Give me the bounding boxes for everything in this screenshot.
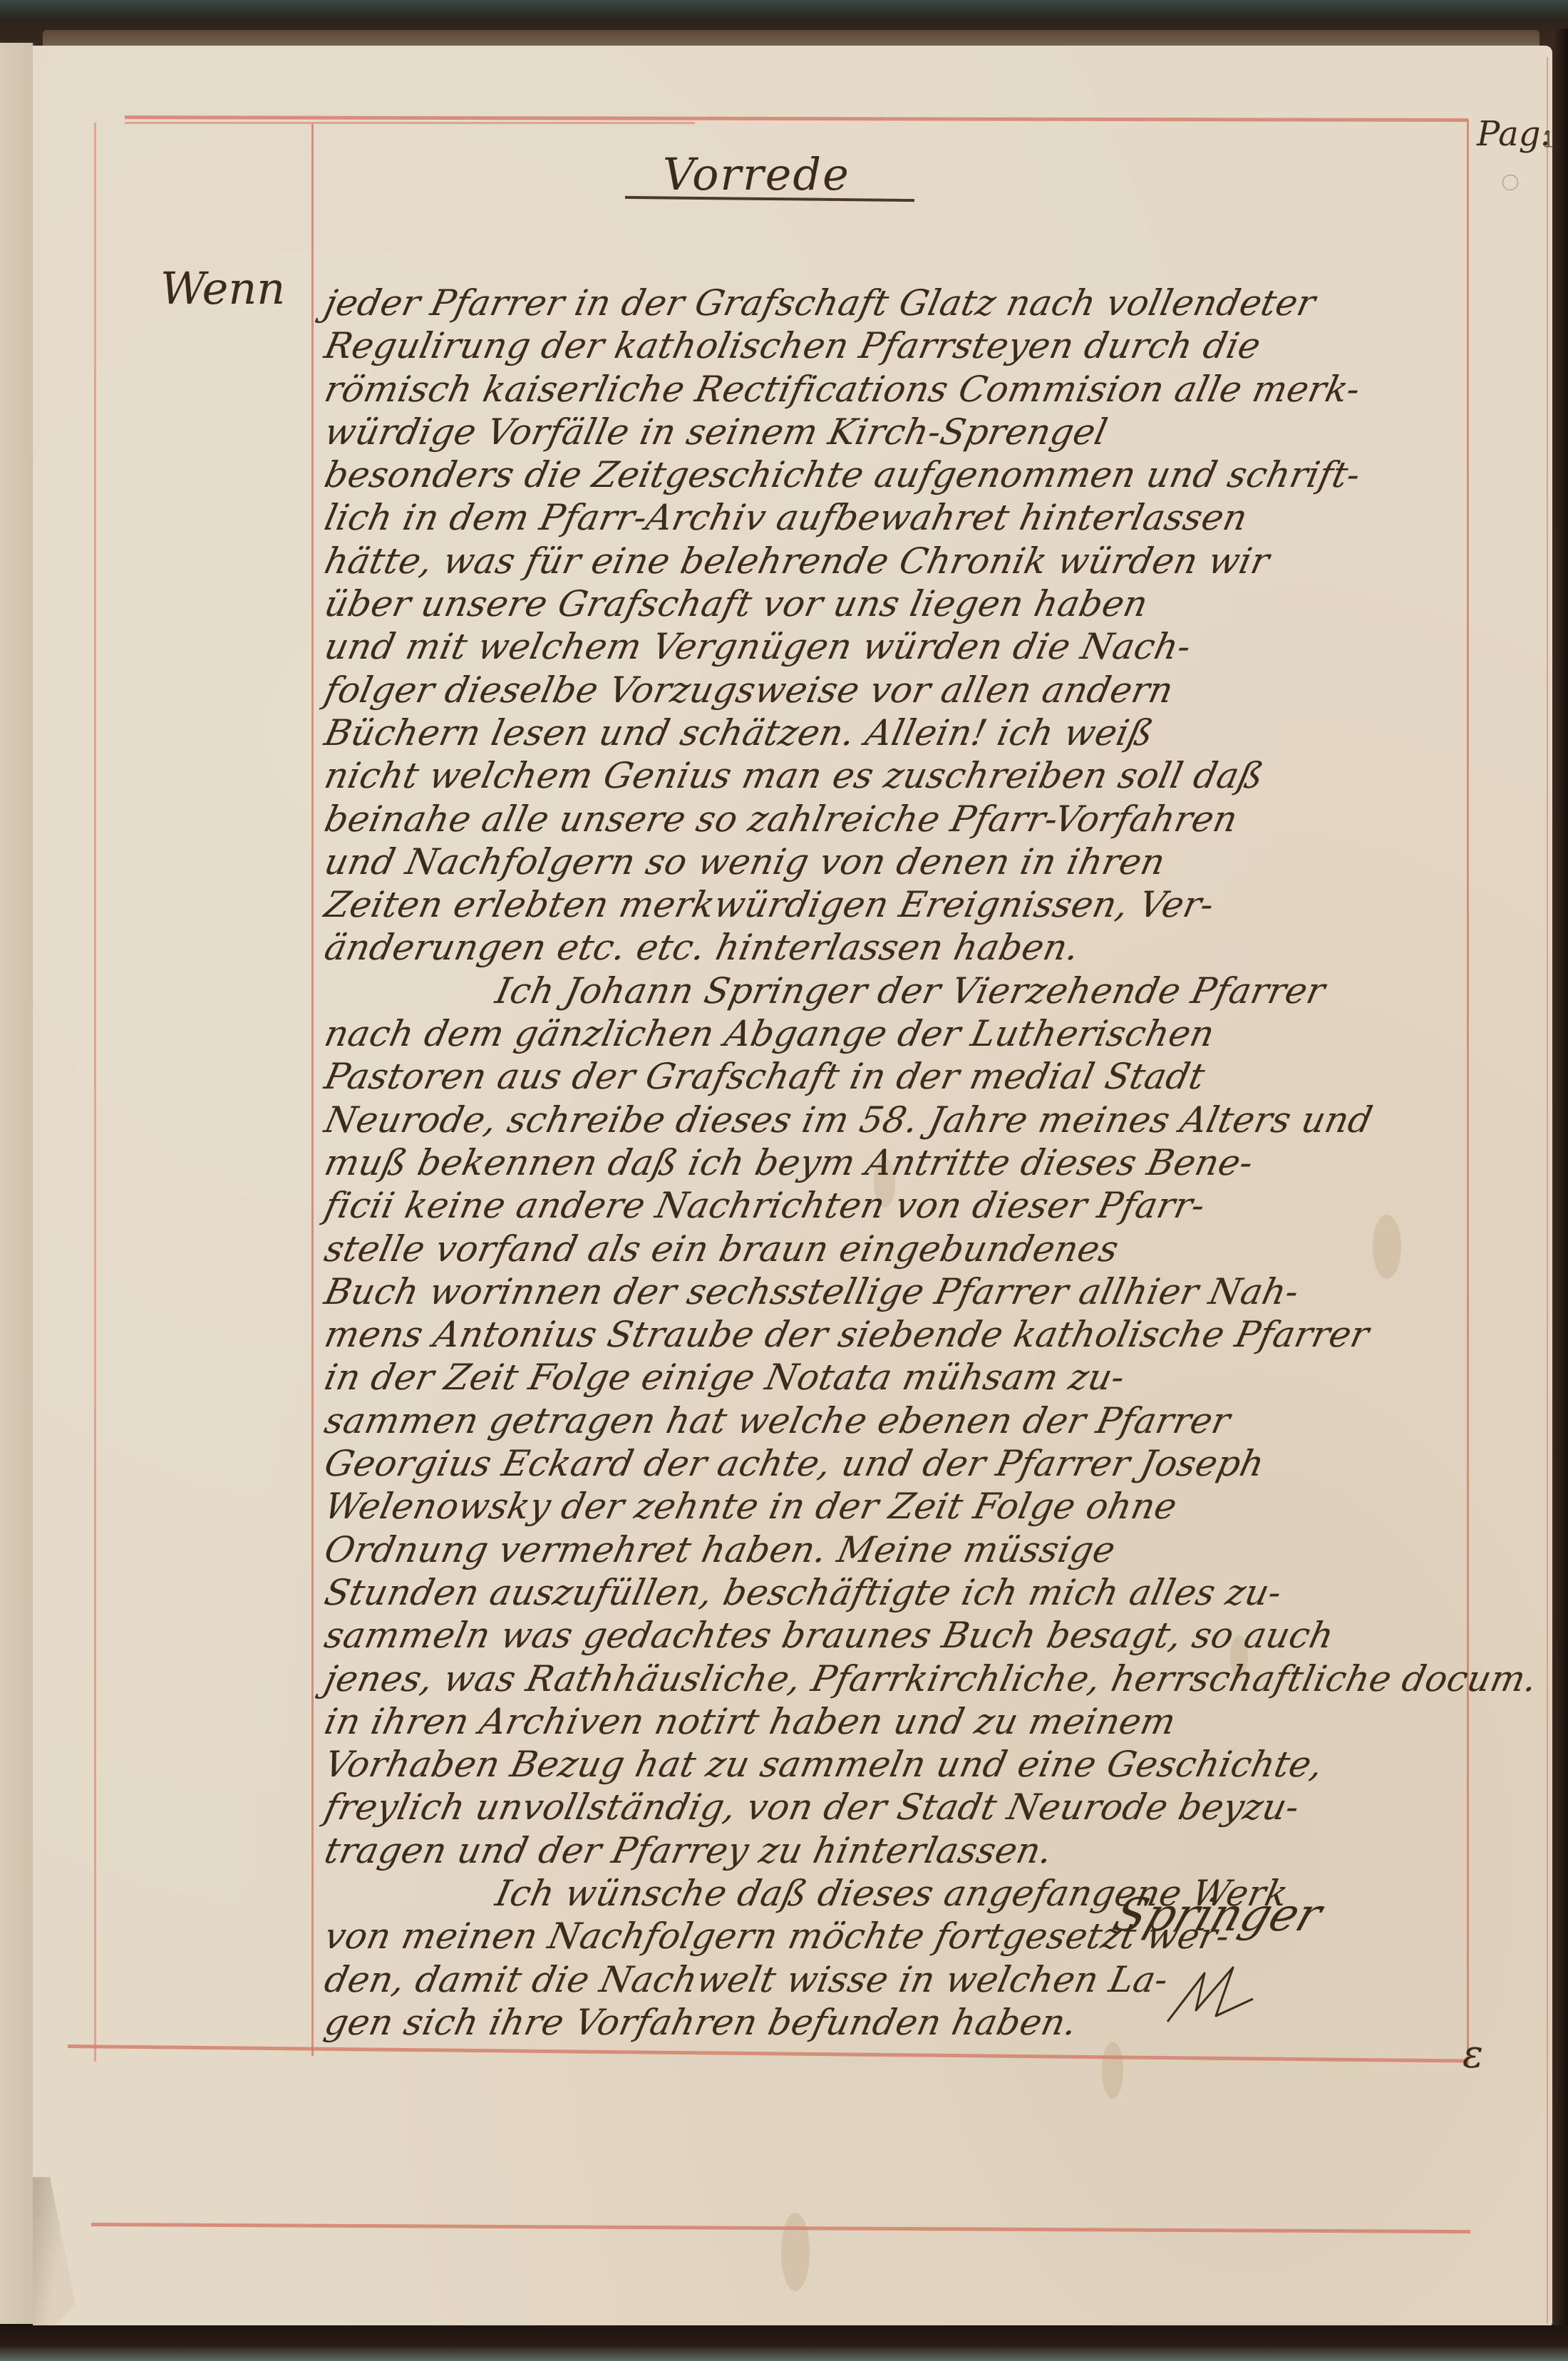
- page-title: Vorrede: [663, 148, 850, 200]
- facing-page-edge: [0, 43, 35, 2324]
- margin-rule: [311, 124, 314, 2056]
- page-number: 1: [1542, 128, 1555, 153]
- stamp-circle-icon: [1502, 175, 1518, 190]
- manuscript-line: römisch kaiserliche Rectifications Commi…: [321, 368, 1470, 411]
- manuscript-line: Neurode, schreibe dieses im 58. Jahre me…: [321, 1099, 1470, 1141]
- manuscript-line: nach dem gänzlichen Abgange der Lutheris…: [321, 1012, 1470, 1055]
- manuscript-line: Georgius Eckard der achte, und der Pfarr…: [321, 1442, 1470, 1485]
- manuscript-line: lich in dem Pfarr-Archiv aufbewahret hin…: [321, 496, 1470, 539]
- manuscript-line: in der Zeit Folge einige Notata mühsam z…: [321, 1356, 1470, 1399]
- signature: Springer: [1107, 1889, 1329, 1942]
- manuscript-line: Ordnung vermehret haben. Meine müssige: [321, 1528, 1470, 1571]
- manuscript-line: in ihren Archiven notirt haben und zu me…: [321, 1700, 1470, 1743]
- manuscript-line: sammen getragen hat welche ebenen der Pf…: [321, 1399, 1470, 1442]
- manuscript-line: Vorhaben Bezug hat zu sammeln und eine G…: [321, 1743, 1470, 1786]
- manuscript-line: den, damit die Nachwelt wisse in welchen…: [321, 1958, 1470, 2001]
- manuscript-line: Buch worinnen der sechsstellige Pfarrer …: [321, 1270, 1470, 1313]
- manuscript-line: nicht welchem Genius man es zuschreiben …: [321, 754, 1470, 797]
- manuscript-line: änderungen etc. etc. hinterlassen haben.: [321, 926, 1470, 969]
- outer-left-rule: [94, 123, 96, 2062]
- manuscript-line: Büchern lesen und schätzen. Allein! ich …: [321, 711, 1470, 754]
- manuscript-line: würdige Vorfälle in seinem Kirch-Sprenge…: [321, 411, 1470, 453]
- book-top-edge: [0, 0, 1568, 50]
- manuscript-line: Zeiten erlebten merkwürdigen Ereignissen…: [321, 883, 1470, 926]
- page-edge-rule: [1547, 57, 1548, 2324]
- manuscript-line: über unsere Grafschaft vor uns liegen ha…: [321, 582, 1470, 625]
- folded-corner: [33, 2177, 76, 2327]
- manuscript-line: folger dieselbe Vorzugsweise vor allen a…: [321, 669, 1470, 711]
- signature-flourish-icon: [1162, 1953, 1262, 2025]
- manuscript-line: stelle vorfand als ein braun eingebunden…: [321, 1228, 1470, 1270]
- manuscript-line: Pastoren aus der Grafschaft in der media…: [321, 1055, 1470, 1098]
- book-bottom-edge: [0, 2325, 1568, 2361]
- book-cover-right-edge: [1552, 29, 1568, 2361]
- manuscript-line: muß bekennen daß ich beym Antritte diese…: [321, 1141, 1470, 1184]
- manuscript-line: und mit welchem Vergnügen würden die Nac…: [321, 625, 1470, 668]
- top-rule-secondary: [125, 122, 695, 124]
- manuscript-line: Ich Johann Springer der Vierzehende Pfar…: [321, 969, 1470, 1012]
- manuscript-line: jeder Pfarrer in der Grafschaft Glatz na…: [321, 282, 1470, 324]
- manuscript-line: jenes, was Rathhäusliche, Pfarrkirchlich…: [321, 1657, 1470, 1700]
- page-label: Pag:: [1477, 114, 1552, 154]
- manuscript-line: Regulirung der katholischen Pfarrsteyen …: [321, 324, 1470, 367]
- manuscript-line: besonders die Zeitgeschichte aufgenommen…: [321, 453, 1470, 496]
- manuscript-body: jeder Pfarrer in der Grafschaft Glatz na…: [321, 282, 1461, 2044]
- initial-word: Wenn: [160, 262, 285, 314]
- manuscript-line: hätte, was für eine belehrende Chronik w…: [321, 540, 1470, 582]
- catchword-mark: ε: [1463, 2032, 1483, 2077]
- manuscript-line: mens Antonius Straube der siebende katho…: [321, 1313, 1470, 1356]
- manuscript-line: gen sich ihre Vorfahren befunden haben.: [321, 2001, 1470, 2044]
- manuscript-line: freylich unvollständig, von der Stadt Ne…: [321, 1786, 1470, 1828]
- manuscript-line: und Nachfolgern so wenig von denen in ih…: [321, 840, 1470, 883]
- manuscript-line: Welenowsky der zehnte in der Zeit Folge …: [321, 1485, 1470, 1528]
- manuscript-line: ficii keine andere Nachrichten von diese…: [321, 1184, 1470, 1227]
- manuscript-line: beinahe alle unsere so zahlreiche Pfarr-…: [321, 798, 1470, 840]
- manuscript-line: Stunden auszufüllen, beschäftigte ich mi…: [321, 1571, 1470, 1614]
- manuscript-line: tragen und der Pfarrey zu hinterlassen.: [321, 1829, 1470, 1872]
- manuscript-line: sammeln was gedachtes braunes Buch besag…: [321, 1614, 1470, 1657]
